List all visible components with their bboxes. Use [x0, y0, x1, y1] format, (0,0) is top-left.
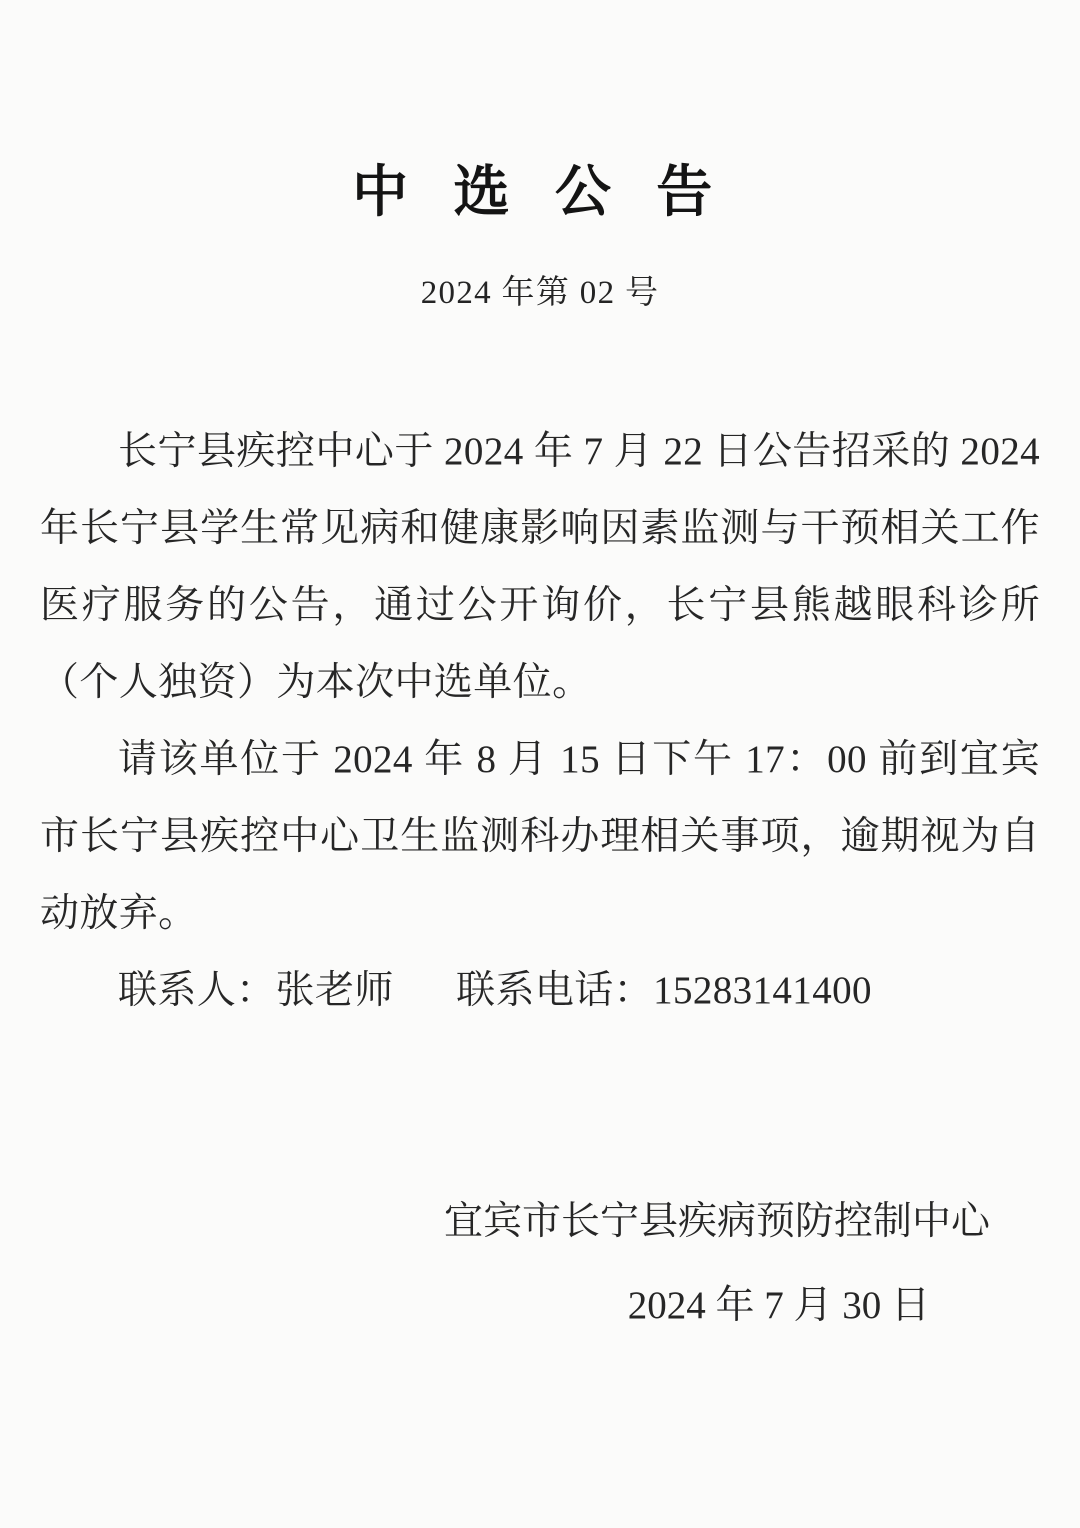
issuer-name: 宜宾市长宁县疾病预防控制中心 [0, 1197, 1080, 1247]
issue-date: 2024 年 7 月 30 日 [0, 1281, 1080, 1331]
contact-person-name: 张老师 [276, 969, 394, 1012]
document-title: 中 选 公 告 [0, 148, 1080, 228]
contact-person-label: 联系人： [118, 969, 276, 1012]
paragraph-selection-result: 长宁县疾控中心于 2024 年 7 月 22 日公告招采的 2024 年长宁县学… [40, 413, 1040, 721]
announcement-document: 中 选 公 告 2024 年第 02 号 长宁县疾控中心于 2024 年 7 月… [0, 0, 1080, 1528]
document-body: 长宁县疾控中心于 2024 年 7 月 22 日公告招采的 2024 年长宁县学… [0, 413, 1080, 1029]
contact-line: 联系人：张老师联系电话：15283141400 [40, 952, 1040, 1029]
document-number: 2024 年第 02 号 [0, 266, 1080, 313]
contact-phone-number: 15283141400 [653, 969, 872, 1012]
paragraph-deadline-notice: 请该单位于 2024 年 8 月 15 日下午 17：00 前到宜宾市长宁县疾控… [40, 721, 1040, 952]
contact-phone-label: 联系电话： [456, 969, 653, 1012]
